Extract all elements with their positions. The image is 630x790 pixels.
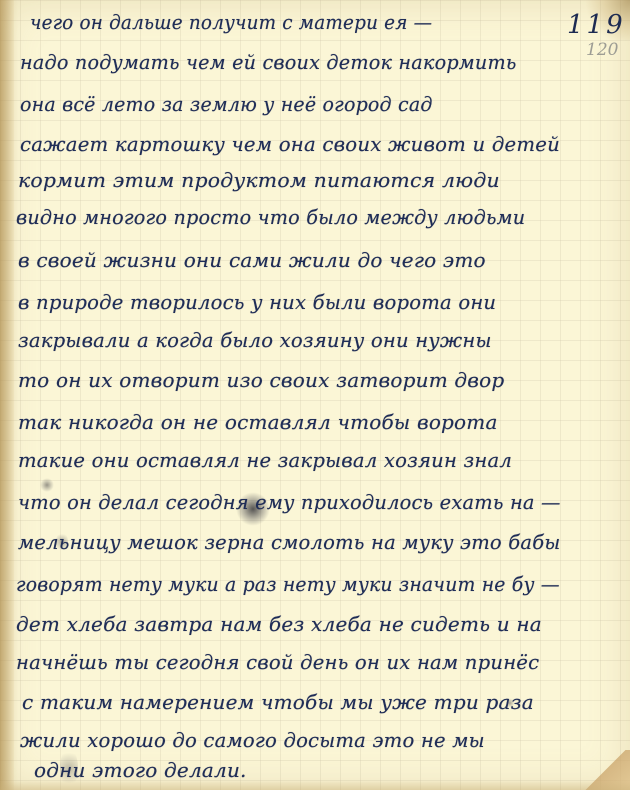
notebook-page: 119 120 чего он дальше получит с матери … — [0, 0, 630, 790]
text-line: так никогда он не оставлял чтобы ворота — [18, 410, 498, 434]
text-line: жили хорошо до самого досыта это не мы — [20, 728, 485, 752]
text-line: начнёшь ты сегодня свой день он их нам п… — [16, 650, 539, 674]
text-line: то он их отворит изо своих затворит двор — [18, 368, 504, 392]
handwritten-text: чего он дальше получит с матери ея — над… — [0, 0, 630, 790]
text-line: сажает картошку чем она своих живот и де… — [20, 132, 560, 156]
text-line: говорят нету муки а раз нету муки значит… — [16, 572, 560, 596]
text-line: видно многого просто что было между людь… — [16, 205, 525, 229]
text-line: надо подумать чем ей своих деток накорми… — [20, 50, 517, 74]
text-line: она всё лето за землю у неё огород сад — [20, 92, 433, 116]
text-line: закрывали а когда было хозяину они нужны — [18, 328, 492, 352]
text-line: кормит этим продуктом питаются люди — [18, 168, 500, 192]
text-line: дет хлеба завтра нам без хлеба не сидеть… — [16, 612, 542, 636]
text-line: в своей жизни они сами жили до чего это — [18, 248, 486, 272]
text-line: одни этого делали. — [34, 758, 247, 782]
text-line: такие они оставлял не закрывал хозяин зн… — [18, 448, 512, 472]
text-line: мельницу мешок зерна смолоть на муку это… — [18, 530, 560, 554]
text-line: чего он дальше получит с матери ея — — [30, 10, 432, 34]
text-line: что он делал сегодня ему приходилось еха… — [18, 490, 561, 514]
text-line: с таким намерением чтобы мы уже три раза — [22, 690, 534, 714]
text-line: в природе творилось у них были ворота он… — [18, 290, 496, 314]
